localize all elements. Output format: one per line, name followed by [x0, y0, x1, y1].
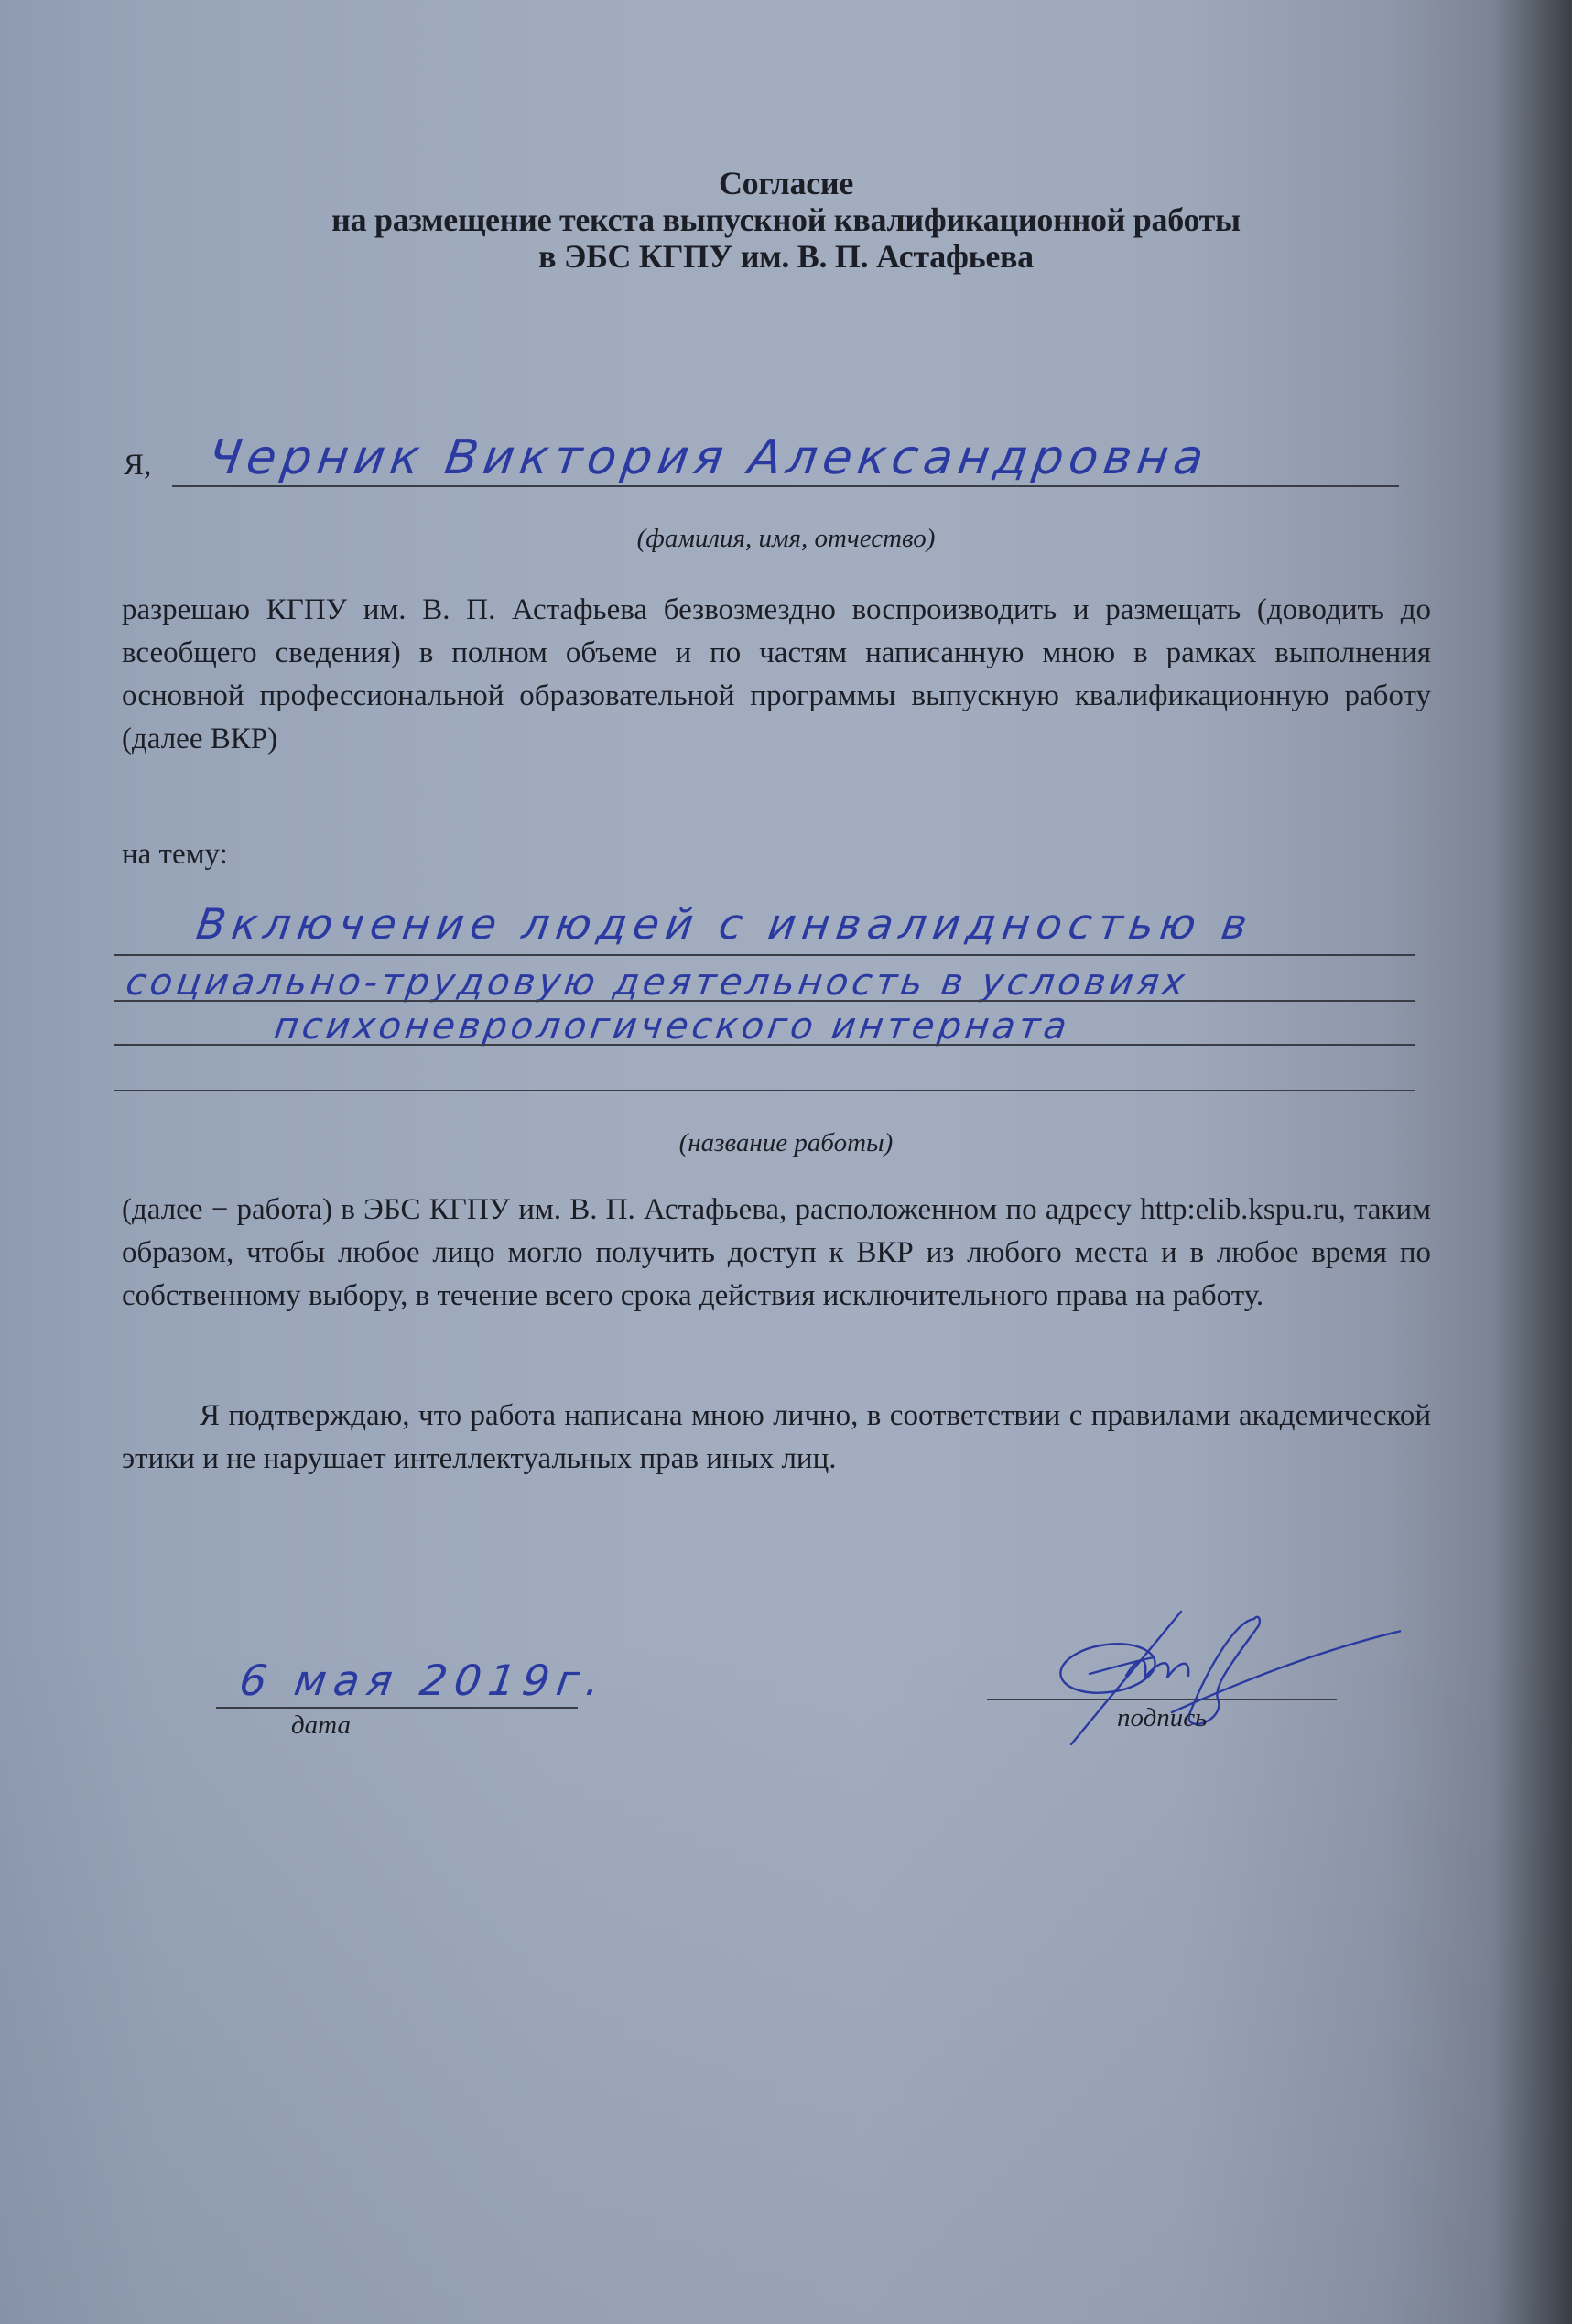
date-handwritten: 6 мая 2019г. — [236, 1656, 611, 1705]
permission-paragraph: разрешаю КГПУ им. В. П. Астафьева безвоз… — [122, 589, 1431, 761]
placement-paragraph: (далее − работа) в ЭБС КГПУ им. В. П. Ас… — [122, 1189, 1431, 1318]
topic-underline-4 — [114, 1090, 1415, 1091]
topic-line-3: психоневрологического интерната — [272, 1005, 1073, 1048]
title-line-3: в ЭБС КГПУ им. В. П. Астафьева — [0, 238, 1572, 275]
title-line-1: Согласие — [0, 165, 1572, 201]
title-line-2: на размещение текста выпускной квалифика… — [0, 201, 1572, 238]
name-underline — [172, 485, 1399, 487]
date-underline — [216, 1707, 578, 1709]
topic-line-1: Включение людей с инвалидностью в — [193, 899, 1256, 949]
confirmation-paragraph: Я подтверждаю, что работа написана мною … — [122, 1395, 1431, 1481]
consent-document-page: Согласие на размещение текста выпускной … — [0, 0, 1572, 2324]
date-caption: дата — [291, 1710, 351, 1741]
signature-mark — [1053, 1602, 1401, 1749]
topic-underline-3 — [114, 1044, 1415, 1046]
topic-label: на тему: — [122, 838, 228, 872]
topic-caption: (название работы) — [0, 1128, 1572, 1158]
topic-underline-1 — [114, 954, 1415, 956]
signature-icon — [1053, 1602, 1401, 1749]
topic-line-2: социально-трудовую деятельность в услови… — [124, 961, 1191, 1004]
name-handwritten: Черник Виктория Александровна — [205, 430, 1212, 485]
topic-underline-2 — [114, 1000, 1415, 1002]
signature-caption: подпись — [1117, 1703, 1207, 1733]
name-prefix: Я, — [124, 449, 151, 483]
name-caption: (фамилия, имя, отчество) — [0, 524, 1572, 554]
document-title: Согласие на размещение текста выпускной … — [0, 165, 1572, 275]
photo-shading — [0, 0, 1572, 2324]
